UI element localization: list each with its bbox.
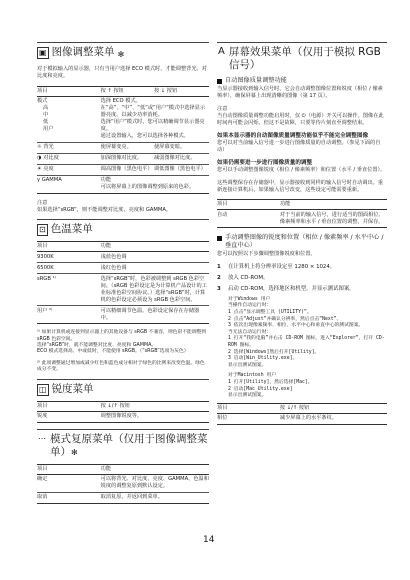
step: 1在计算机上将分辨率设定至 1280 × 1024。 bbox=[217, 264, 387, 271]
table-row: 取消取消复原，并返回到菜单。 bbox=[37, 492, 209, 503]
sharpness-title: 锐度菜单 bbox=[52, 383, 94, 396]
row-item: sRGB ¹⁾ bbox=[37, 274, 101, 306]
mac-instructions: 对于Macintosh 用户 1 打开[Utility]，然后选择[Mac]。 … bbox=[217, 373, 387, 399]
subheading: 自动图像质量调整功能 bbox=[217, 77, 387, 85]
square-bullet-icon bbox=[217, 236, 222, 241]
col-header: 功能 bbox=[101, 242, 209, 252]
row-func: 取消复原，并返回到菜单。 bbox=[101, 492, 209, 503]
col-header: 项目 bbox=[217, 200, 280, 210]
color-temp-icon: ⊡ bbox=[37, 224, 48, 236]
screen-effect-section: A 屏幕效果菜单（仅用于模拟 RGB 信号） 自动图像质量调整功能 当显示器接收… bbox=[217, 42, 387, 425]
reset-table: 项目 功能 确定可以将背光、对比度、亮度、GAMMA、色温和锐度的调整复原到默认… bbox=[37, 464, 209, 504]
color-temp-title: 色温菜单 bbox=[51, 223, 93, 236]
footnote-2: ²⁾ 此项调整通过增加或减少红色和蓝色成分相对于绿色的比例来改变色温。绿色成分不… bbox=[37, 361, 209, 374]
picture-menu-title: 图像调整菜单 bbox=[52, 46, 115, 59]
auto-table: 项目 功能 自动对于当前的输入信号，进行适当的图面相位、像素频率和水平 / 垂直… bbox=[217, 199, 387, 228]
table-row: 自动对于当前的输入信号，进行适当的图面相位、像素频率和水平 / 垂直位置的调整，… bbox=[217, 210, 387, 228]
col-header: 按 ↑ 按钮 bbox=[101, 86, 154, 96]
section-title: ⊡ 色温菜单 bbox=[37, 223, 209, 236]
note-title: 注意 bbox=[217, 106, 387, 113]
color-temp-section: ⊡ 色温菜单 项目 功能 9300K浅蓝色色调 6500K浅红色色调 sRGB … bbox=[37, 219, 209, 373]
sharpness-section: ◫ 锐度菜单 项目 按 ↓/↑ 按钮 锐度调整图像锐度等。 bbox=[37, 379, 209, 423]
left-column: ▣ 图像调整菜单 ✻ 对于模拟输入的显示器，只有当用户选择 ECO 模式时，才能… bbox=[37, 42, 209, 510]
step: 3启动 CD-ROM，选择地区和机型，并显示测试图案。 bbox=[217, 286, 387, 293]
manual-heading: 手动调整图像的锐度和位置（相位 / 像素频率 / 水平中心 / 垂直中心） bbox=[225, 234, 387, 250]
section-divider bbox=[37, 379, 209, 380]
col-header: 按 ↓/↑ 按钮 bbox=[280, 403, 387, 413]
row-item: 取消 bbox=[37, 492, 101, 503]
picture-menu-section: ▣ 图像调整菜单 ✻ 对于模拟输入的显示器，只有当用户选择 ECO 模式时，才能… bbox=[37, 42, 209, 214]
col-header: 项目 bbox=[37, 401, 101, 411]
right-column: A 屏幕效果菜单（仅用于模拟 RGB 信号） 自动图像质量调整功能 当显示器接收… bbox=[217, 42, 387, 431]
table-row: γ GAMMA 功能 可以将屏幕上的图像调整到原来的色彩。 bbox=[37, 175, 209, 193]
page-number: 14 bbox=[203, 535, 214, 545]
row-func: 浅蓝色色调 bbox=[101, 252, 209, 263]
auto-text: 当显示器接收到输入信号时，它会自动调整图像位置和锐度（相位 / 像素频率），确保… bbox=[217, 86, 387, 101]
row-item: 确定 bbox=[37, 474, 101, 492]
footnote-1: ¹⁾ 如果计算机或连接到显示器上的其他设备与 sRGB 不兼容，则色彩不能调整到… bbox=[37, 330, 209, 356]
row-subitem: 用户 bbox=[37, 126, 101, 133]
square-bullet-icon bbox=[217, 79, 222, 84]
table-row: sRGB ¹⁾选择“sRGB”时，色彩被调整到 sRGB 色彩空间。（sRGB … bbox=[37, 274, 209, 306]
para-2: 您可以手动调整图像锐度（相位 / 像素频率）和位置（水平 / 垂直位置）。 bbox=[217, 167, 387, 174]
section-title: ▣ 图像调整菜单 ✻ bbox=[37, 46, 209, 61]
asterisk-icon: ✻ bbox=[118, 48, 125, 61]
phase-table: 项目 按 ↓/↑ 按钮 相位减少屏幕上的水平条纹。 bbox=[217, 403, 387, 425]
col-header: 项目 bbox=[37, 464, 101, 474]
picture-table: 项目 按 ↑ 按钮 按 ↓ 按钮 模式 高 中 低 用户 选择 ECO 模式。 … bbox=[37, 86, 209, 194]
row-up: 使屏幕变亮。 bbox=[101, 142, 154, 153]
step: 2放入 CD-ROM。 bbox=[217, 275, 387, 282]
row-item: 背光 bbox=[43, 144, 53, 150]
row-item: 自动 bbox=[217, 210, 280, 228]
row-item: 锐度 bbox=[37, 411, 101, 422]
row-down: 调低图像（黑色电平） bbox=[154, 164, 209, 175]
table-row: ◑ 对比度 加深图像对比度。 减弱图像对比度。 bbox=[37, 153, 209, 164]
screen-effect-icon: A bbox=[217, 47, 226, 57]
row-desc: 功能 可以将屏幕上的图像调整到原来的色彩。 bbox=[101, 175, 209, 193]
col-header: 项目 bbox=[37, 86, 101, 96]
row-item: GAMMA bbox=[42, 177, 62, 183]
row-func: 选择“sRGB”时，色彩被调整到 sRGB 色彩空间。（sRGB 色彩设定是为计… bbox=[101, 274, 209, 306]
col-header: 项目 bbox=[37, 242, 101, 252]
row-func: 减少屏幕上的水平条纹。 bbox=[280, 413, 387, 424]
picture-intro: 对于模拟输入的显示器，只有当用户选择 ECO 模式时，才能调整背光、对比度和亮度… bbox=[37, 66, 209, 81]
col-header: 功能 bbox=[280, 200, 387, 210]
row-func: 调整图像锐度等。 bbox=[101, 411, 209, 422]
row-desc: 选择 ECO 模式。 在“高”、“中”、“低”或“用户”模式中选择显示器亮度，以… bbox=[101, 96, 209, 142]
table-row: 6500K浅红色色调 bbox=[37, 263, 209, 274]
table-row: 模式 高 中 低 用户 选择 ECO 模式。 在“高”、“中”、“低”或“用户”… bbox=[37, 96, 209, 142]
row-item: 9300K bbox=[37, 252, 101, 263]
section-divider bbox=[37, 219, 209, 220]
col-header: 按 ↓ 按钮 bbox=[154, 86, 209, 96]
subheading: 手动调整图像的锐度和位置（相位 / 像素频率 / 水平中心 / 垂直中心） bbox=[217, 234, 387, 250]
row-func: 可以将背光、对比度、亮度、GAMMA、色温和锐度的调整复原到默认设定。 bbox=[101, 474, 209, 492]
section-divider bbox=[37, 429, 209, 430]
manual-text: 您可以按照以下步骤调整图像锐度和位置。 bbox=[217, 251, 387, 258]
row-down: 使屏幕变暗。 bbox=[154, 142, 209, 153]
row-up: 调高图像（黑色电平） bbox=[101, 164, 154, 175]
table-row: 9300K浅蓝色色调 bbox=[37, 252, 209, 263]
windows-instructions: 对于Windows 用户 当操作自动运行时： 1 点击“显示调整工具 (UTIL… bbox=[217, 297, 387, 370]
table-row: 确定可以将背光、对比度、亮度、GAMMA、色温和锐度的调整复原到默认设定。 bbox=[37, 474, 209, 492]
sharpness-icon: ◫ bbox=[37, 384, 49, 396]
para-1: 您可以对当前输入信号进一步进行图像质量的自动调整。（参见下面的自动） bbox=[217, 140, 387, 155]
col-header: 按 ↓/↑ 按钮 bbox=[101, 401, 209, 411]
row-up: 加深图像对比度。 bbox=[101, 153, 154, 164]
screen-effect-title: 屏幕效果菜单（仅用于模拟 RGB 信号） bbox=[229, 46, 387, 72]
section-divider bbox=[217, 42, 387, 43]
table-row: ☼ 背光 使屏幕变亮。 使屏幕变暗。 bbox=[37, 142, 209, 153]
row-item: 相位 bbox=[217, 413, 280, 424]
row-func: 对于当前的输入信号，进行适当的图面相位、像素频率和水平 / 垂直位置的调整，并保… bbox=[280, 210, 387, 228]
col-header: 功能 bbox=[101, 464, 209, 474]
asterisk-icon: ✻ bbox=[71, 448, 78, 457]
table-row: ☀ 亮度 调高图像（黑色电平） 调低图像（黑色电平） bbox=[37, 164, 209, 175]
row-item: 用户 ²⁾ bbox=[37, 306, 101, 324]
row-item: 亮度 bbox=[43, 166, 53, 172]
table-row: 相位减少屏幕上的水平条纹。 bbox=[217, 413, 387, 424]
row-item: 对比度 bbox=[43, 155, 59, 161]
row-func: 浅红色色调 bbox=[101, 263, 209, 274]
row-down: 减弱图像对比度。 bbox=[154, 153, 209, 164]
note-title: 注意 bbox=[37, 200, 209, 207]
note-text: 如果选择“sRGB”，则不能调整对比度、亮度和 GAMMA。 bbox=[37, 207, 209, 214]
para-3: 这些调整保存在存储器中，显示器接收到同样的输入信号时自动调出。重新连接计算机后，… bbox=[217, 180, 387, 195]
heading-1: 如果本显示器的自动图像质量调整功能似乎不能完全调整图像 bbox=[217, 133, 387, 140]
auto-heading: 自动图像质量调整功能 bbox=[225, 77, 287, 85]
row-func: 可以精细调节色温。色彩设定保存在存储器中。 bbox=[101, 306, 209, 324]
table-row: 用户 ²⁾可以精细调节色温。色彩设定保存在存储器中。 bbox=[37, 306, 209, 324]
color-temp-table: 项目 功能 9300K浅蓝色色调 6500K浅红色色调 sRGB ¹⁾选择“sR… bbox=[37, 241, 209, 324]
row-item: 6500K bbox=[37, 263, 101, 274]
reset-section: ⋯ 模式复原菜单（仅用于图像调整菜单）✻ 项目 功能 确定可以将背光、对比度、亮… bbox=[37, 429, 209, 504]
col-header: 项目 bbox=[217, 403, 280, 413]
section-title: ◫ 锐度菜单 bbox=[37, 383, 209, 396]
section-title: A 屏幕效果菜单（仅用于模拟 RGB 信号） bbox=[217, 46, 387, 72]
picture-icon: ▣ bbox=[37, 47, 49, 59]
note-text: 当自动图像质量调整功能启用时，仅 ⏻（电源）开关可以操作。图像在此时间内可能会闪… bbox=[217, 113, 387, 128]
section-divider bbox=[37, 42, 209, 43]
table-row: 锐度调整图像锐度等。 bbox=[37, 411, 209, 422]
reset-icon: ⋯ bbox=[37, 434, 47, 444]
section-title: ⋯ 模式复原菜单（仅用于图像调整菜单）✻ bbox=[37, 433, 209, 459]
sharpness-table: 项目 按 ↓/↑ 按钮 锐度调整图像锐度等。 bbox=[37, 401, 209, 423]
